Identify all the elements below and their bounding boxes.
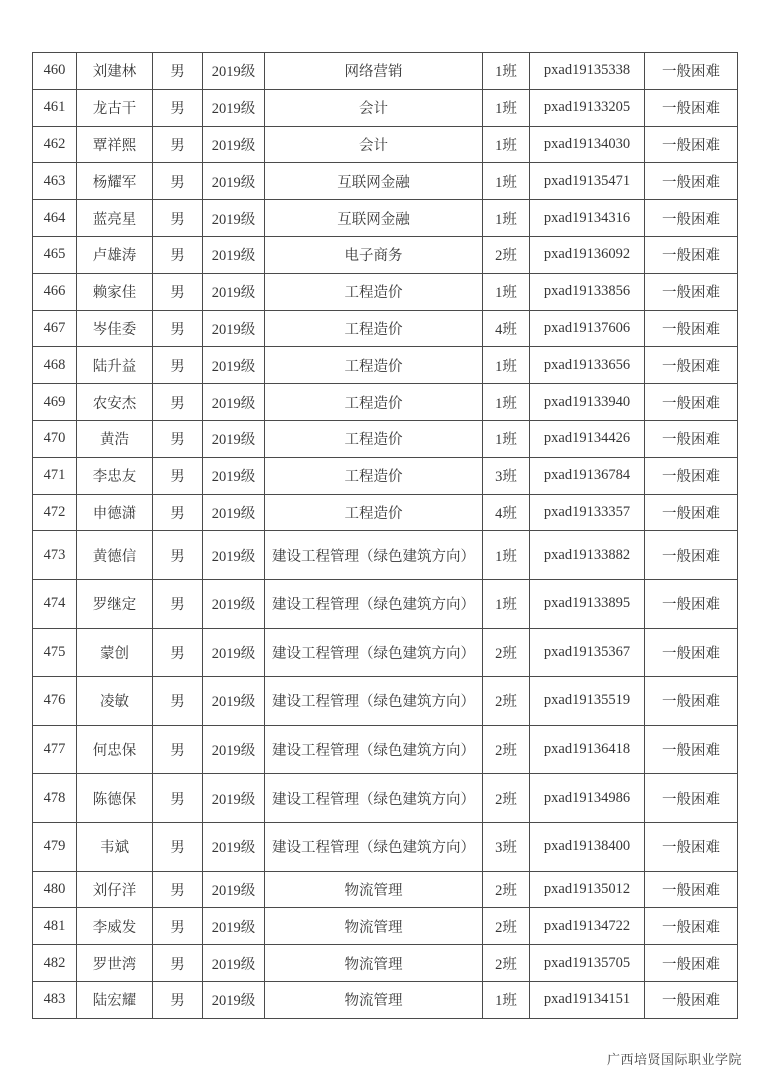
cell-difficulty-level: 一般困难 bbox=[645, 871, 738, 908]
cell-class: 1班 bbox=[483, 420, 530, 457]
cell-difficulty-level: 一般困难 bbox=[645, 200, 738, 237]
cell-student-id: pxad19133895 bbox=[530, 579, 645, 628]
cell-gender: 男 bbox=[153, 908, 203, 945]
cell-class: 2班 bbox=[483, 236, 530, 273]
cell-serial-number: 460 bbox=[33, 53, 77, 90]
cell-difficulty-level: 一般困难 bbox=[645, 774, 738, 823]
cell-major: 建设工程管理（绿色建筑方向） bbox=[265, 822, 483, 871]
table-row: 476凌敏男2019级建设工程管理（绿色建筑方向）2班pxad19135519一… bbox=[33, 677, 738, 726]
cell-name: 岑佳委 bbox=[77, 310, 153, 347]
cell-major: 物流管理 bbox=[265, 871, 483, 908]
cell-name: 蒙创 bbox=[77, 628, 153, 677]
cell-student-id: pxad19135705 bbox=[530, 945, 645, 982]
cell-gender: 男 bbox=[153, 945, 203, 982]
cell-student-id: pxad19136418 bbox=[530, 725, 645, 774]
table-row: 478陈德保男2019级建设工程管理（绿色建筑方向）2班pxad19134986… bbox=[33, 774, 738, 823]
cell-name: 覃祥熙 bbox=[77, 126, 153, 163]
cell-name: 陆宏耀 bbox=[77, 981, 153, 1018]
cell-gender: 男 bbox=[153, 384, 203, 421]
cell-student-id: pxad19133882 bbox=[530, 531, 645, 580]
cell-name: 凌敏 bbox=[77, 677, 153, 726]
table-row: 481李威发男2019级物流管理2班pxad19134722一般困难 bbox=[33, 908, 738, 945]
cell-serial-number: 471 bbox=[33, 457, 77, 494]
cell-difficulty-level: 一般困难 bbox=[645, 89, 738, 126]
table-row: 470黄浩男2019级工程造价1班pxad19134426一般困难 bbox=[33, 420, 738, 457]
cell-student-id: pxad19133856 bbox=[530, 273, 645, 310]
cell-difficulty-level: 一般困难 bbox=[645, 236, 738, 273]
table-row: 460刘建林男2019级网络营销1班pxad19135338一般困难 bbox=[33, 53, 738, 90]
cell-grade: 2019级 bbox=[203, 628, 265, 677]
cell-difficulty-level: 一般困难 bbox=[645, 677, 738, 726]
cell-class: 1班 bbox=[483, 273, 530, 310]
cell-major: 工程造价 bbox=[265, 457, 483, 494]
cell-gender: 男 bbox=[153, 53, 203, 90]
cell-student-id: pxad19135471 bbox=[530, 163, 645, 200]
cell-name: 龙古干 bbox=[77, 89, 153, 126]
cell-student-id: pxad19136092 bbox=[530, 236, 645, 273]
cell-difficulty-level: 一般困难 bbox=[645, 273, 738, 310]
cell-gender: 男 bbox=[153, 677, 203, 726]
cell-difficulty-level: 一般困难 bbox=[645, 347, 738, 384]
cell-grade: 2019级 bbox=[203, 725, 265, 774]
cell-name: 刘仔洋 bbox=[77, 871, 153, 908]
cell-serial-number: 473 bbox=[33, 531, 77, 580]
cell-class: 2班 bbox=[483, 908, 530, 945]
cell-class: 3班 bbox=[483, 457, 530, 494]
cell-class: 1班 bbox=[483, 981, 530, 1018]
table-row: 468陆升益男2019级工程造价1班pxad19133656一般困难 bbox=[33, 347, 738, 384]
cell-gender: 男 bbox=[153, 579, 203, 628]
cell-student-id: pxad19135338 bbox=[530, 53, 645, 90]
cell-major: 工程造价 bbox=[265, 273, 483, 310]
cell-student-id: pxad19137606 bbox=[530, 310, 645, 347]
cell-grade: 2019级 bbox=[203, 871, 265, 908]
cell-grade: 2019级 bbox=[203, 531, 265, 580]
cell-student-id: pxad19133357 bbox=[530, 494, 645, 531]
cell-difficulty-level: 一般困难 bbox=[645, 579, 738, 628]
cell-name: 韦斌 bbox=[77, 822, 153, 871]
cell-difficulty-level: 一般困难 bbox=[645, 53, 738, 90]
cell-student-id: pxad19133656 bbox=[530, 347, 645, 384]
page-footer-school-name: 广西培贤国际职业学院 bbox=[607, 1049, 742, 1068]
cell-serial-number: 480 bbox=[33, 871, 77, 908]
cell-name: 申德潇 bbox=[77, 494, 153, 531]
cell-grade: 2019级 bbox=[203, 163, 265, 200]
cell-difficulty-level: 一般困难 bbox=[645, 163, 738, 200]
cell-difficulty-level: 一般困难 bbox=[645, 420, 738, 457]
cell-class: 4班 bbox=[483, 310, 530, 347]
cell-student-id: pxad19134722 bbox=[530, 908, 645, 945]
cell-class: 1班 bbox=[483, 347, 530, 384]
cell-gender: 男 bbox=[153, 725, 203, 774]
cell-difficulty-level: 一般困难 bbox=[645, 384, 738, 421]
cell-name: 赖家佳 bbox=[77, 273, 153, 310]
cell-difficulty-level: 一般困难 bbox=[645, 628, 738, 677]
cell-grade: 2019级 bbox=[203, 677, 265, 726]
cell-grade: 2019级 bbox=[203, 945, 265, 982]
table-row: 463杨耀军男2019级互联网金融1班pxad19135471一般困难 bbox=[33, 163, 738, 200]
cell-difficulty-level: 一般困难 bbox=[645, 494, 738, 531]
table-row: 472申德潇男2019级工程造价4班pxad19133357一般困难 bbox=[33, 494, 738, 531]
cell-major: 建设工程管理（绿色建筑方向） bbox=[265, 725, 483, 774]
cell-class: 1班 bbox=[483, 200, 530, 237]
cell-major: 建设工程管理（绿色建筑方向） bbox=[265, 628, 483, 677]
cell-student-id: pxad19135367 bbox=[530, 628, 645, 677]
document-page: 460刘建林男2019级网络营销1班pxad19135338一般困难461龙古干… bbox=[0, 0, 764, 1080]
cell-student-id: pxad19134426 bbox=[530, 420, 645, 457]
cell-class: 1班 bbox=[483, 531, 530, 580]
cell-major: 物流管理 bbox=[265, 945, 483, 982]
cell-major: 互联网金融 bbox=[265, 200, 483, 237]
table-row: 477何忠保男2019级建设工程管理（绿色建筑方向）2班pxad19136418… bbox=[33, 725, 738, 774]
cell-gender: 男 bbox=[153, 126, 203, 163]
cell-major: 互联网金融 bbox=[265, 163, 483, 200]
table-row: 479韦斌男2019级建设工程管理（绿色建筑方向）3班pxad19138400一… bbox=[33, 822, 738, 871]
cell-grade: 2019级 bbox=[203, 822, 265, 871]
cell-class: 2班 bbox=[483, 628, 530, 677]
cell-grade: 2019级 bbox=[203, 420, 265, 457]
cell-serial-number: 477 bbox=[33, 725, 77, 774]
cell-grade: 2019级 bbox=[203, 494, 265, 531]
cell-gender: 男 bbox=[153, 89, 203, 126]
cell-difficulty-level: 一般困难 bbox=[645, 945, 738, 982]
cell-name: 李威发 bbox=[77, 908, 153, 945]
cell-major: 会计 bbox=[265, 126, 483, 163]
cell-name: 卢雄涛 bbox=[77, 236, 153, 273]
cell-gender: 男 bbox=[153, 981, 203, 1018]
cell-class: 1班 bbox=[483, 384, 530, 421]
cell-name: 黄浩 bbox=[77, 420, 153, 457]
cell-grade: 2019级 bbox=[203, 53, 265, 90]
cell-gender: 男 bbox=[153, 273, 203, 310]
cell-class: 2班 bbox=[483, 945, 530, 982]
cell-serial-number: 472 bbox=[33, 494, 77, 531]
cell-major: 物流管理 bbox=[265, 981, 483, 1018]
cell-class: 3班 bbox=[483, 822, 530, 871]
cell-class: 2班 bbox=[483, 725, 530, 774]
cell-serial-number: 481 bbox=[33, 908, 77, 945]
table-row: 461龙古干男2019级会计1班pxad19133205一般困难 bbox=[33, 89, 738, 126]
cell-difficulty-level: 一般困难 bbox=[645, 981, 738, 1018]
cell-major: 工程造价 bbox=[265, 494, 483, 531]
cell-serial-number: 470 bbox=[33, 420, 77, 457]
cell-grade: 2019级 bbox=[203, 310, 265, 347]
cell-student-id: pxad19138400 bbox=[530, 822, 645, 871]
cell-name: 李忠友 bbox=[77, 457, 153, 494]
cell-gender: 男 bbox=[153, 457, 203, 494]
student-table: 460刘建林男2019级网络营销1班pxad19135338一般困难461龙古干… bbox=[32, 52, 738, 1019]
cell-student-id: pxad19134151 bbox=[530, 981, 645, 1018]
cell-difficulty-level: 一般困难 bbox=[645, 310, 738, 347]
cell-grade: 2019级 bbox=[203, 384, 265, 421]
cell-class: 2班 bbox=[483, 677, 530, 726]
table-row: 464蓝亮星男2019级互联网金融1班pxad19134316一般困难 bbox=[33, 200, 738, 237]
table-row: 473黄德信男2019级建设工程管理（绿色建筑方向）1班pxad19133882… bbox=[33, 531, 738, 580]
cell-serial-number: 469 bbox=[33, 384, 77, 421]
table-row: 469农安杰男2019级工程造价1班pxad19133940一般困难 bbox=[33, 384, 738, 421]
cell-serial-number: 462 bbox=[33, 126, 77, 163]
cell-difficulty-level: 一般困难 bbox=[645, 457, 738, 494]
cell-serial-number: 464 bbox=[33, 200, 77, 237]
cell-serial-number: 461 bbox=[33, 89, 77, 126]
cell-difficulty-level: 一般困难 bbox=[645, 908, 738, 945]
cell-name: 罗世湾 bbox=[77, 945, 153, 982]
cell-major: 会计 bbox=[265, 89, 483, 126]
table-row: 482罗世湾男2019级物流管理2班pxad19135705一般困难 bbox=[33, 945, 738, 982]
cell-name: 农安杰 bbox=[77, 384, 153, 421]
table-row: 480刘仔洋男2019级物流管理2班pxad19135012一般困难 bbox=[33, 871, 738, 908]
cell-serial-number: 475 bbox=[33, 628, 77, 677]
cell-grade: 2019级 bbox=[203, 981, 265, 1018]
cell-grade: 2019级 bbox=[203, 774, 265, 823]
table-row: 466赖家佳男2019级工程造价1班pxad19133856一般困难 bbox=[33, 273, 738, 310]
cell-name: 陈德保 bbox=[77, 774, 153, 823]
cell-serial-number: 465 bbox=[33, 236, 77, 273]
cell-student-id: pxad19134030 bbox=[530, 126, 645, 163]
cell-name: 陆升益 bbox=[77, 347, 153, 384]
cell-class: 4班 bbox=[483, 494, 530, 531]
cell-student-id: pxad19133205 bbox=[530, 89, 645, 126]
cell-gender: 男 bbox=[153, 163, 203, 200]
cell-grade: 2019级 bbox=[203, 236, 265, 273]
table-row: 467岑佳委男2019级工程造价4班pxad19137606一般困难 bbox=[33, 310, 738, 347]
cell-difficulty-level: 一般困难 bbox=[645, 822, 738, 871]
cell-gender: 男 bbox=[153, 871, 203, 908]
cell-gender: 男 bbox=[153, 200, 203, 237]
cell-difficulty-level: 一般困难 bbox=[645, 725, 738, 774]
cell-gender: 男 bbox=[153, 236, 203, 273]
cell-name: 蓝亮星 bbox=[77, 200, 153, 237]
cell-major: 建设工程管理（绿色建筑方向） bbox=[265, 579, 483, 628]
cell-gender: 男 bbox=[153, 531, 203, 580]
cell-name: 黄德信 bbox=[77, 531, 153, 580]
cell-name: 杨耀军 bbox=[77, 163, 153, 200]
cell-serial-number: 467 bbox=[33, 310, 77, 347]
cell-gender: 男 bbox=[153, 822, 203, 871]
cell-student-id: pxad19133940 bbox=[530, 384, 645, 421]
cell-grade: 2019级 bbox=[203, 579, 265, 628]
cell-major: 工程造价 bbox=[265, 310, 483, 347]
cell-gender: 男 bbox=[153, 628, 203, 677]
cell-class: 1班 bbox=[483, 89, 530, 126]
cell-serial-number: 468 bbox=[33, 347, 77, 384]
cell-difficulty-level: 一般困难 bbox=[645, 531, 738, 580]
cell-serial-number: 474 bbox=[33, 579, 77, 628]
cell-serial-number: 463 bbox=[33, 163, 77, 200]
cell-serial-number: 476 bbox=[33, 677, 77, 726]
cell-class: 1班 bbox=[483, 126, 530, 163]
cell-student-id: pxad19136784 bbox=[530, 457, 645, 494]
cell-class: 1班 bbox=[483, 53, 530, 90]
cell-serial-number: 466 bbox=[33, 273, 77, 310]
cell-grade: 2019级 bbox=[203, 908, 265, 945]
cell-class: 2班 bbox=[483, 871, 530, 908]
cell-major: 电子商务 bbox=[265, 236, 483, 273]
cell-grade: 2019级 bbox=[203, 273, 265, 310]
cell-serial-number: 483 bbox=[33, 981, 77, 1018]
cell-name: 刘建林 bbox=[77, 53, 153, 90]
cell-serial-number: 482 bbox=[33, 945, 77, 982]
table-row: 474罗继定男2019级建设工程管理（绿色建筑方向）1班pxad19133895… bbox=[33, 579, 738, 628]
cell-class: 1班 bbox=[483, 579, 530, 628]
student-table-body: 460刘建林男2019级网络营销1班pxad19135338一般困难461龙古干… bbox=[33, 53, 738, 1019]
cell-major: 工程造价 bbox=[265, 347, 483, 384]
table-row: 462覃祥熙男2019级会计1班pxad19134030一般困难 bbox=[33, 126, 738, 163]
cell-serial-number: 479 bbox=[33, 822, 77, 871]
table-row: 471李忠友男2019级工程造价3班pxad19136784一般困难 bbox=[33, 457, 738, 494]
cell-serial-number: 478 bbox=[33, 774, 77, 823]
cell-grade: 2019级 bbox=[203, 89, 265, 126]
cell-student-id: pxad19135012 bbox=[530, 871, 645, 908]
cell-major: 建设工程管理（绿色建筑方向） bbox=[265, 774, 483, 823]
cell-grade: 2019级 bbox=[203, 126, 265, 163]
cell-major: 工程造价 bbox=[265, 384, 483, 421]
cell-gender: 男 bbox=[153, 774, 203, 823]
cell-student-id: pxad19134316 bbox=[530, 200, 645, 237]
cell-grade: 2019级 bbox=[203, 200, 265, 237]
cell-student-id: pxad19134986 bbox=[530, 774, 645, 823]
cell-major: 工程造价 bbox=[265, 420, 483, 457]
cell-grade: 2019级 bbox=[203, 457, 265, 494]
cell-name: 何忠保 bbox=[77, 725, 153, 774]
cell-difficulty-level: 一般困难 bbox=[645, 126, 738, 163]
cell-major: 建设工程管理（绿色建筑方向） bbox=[265, 531, 483, 580]
cell-major: 建设工程管理（绿色建筑方向） bbox=[265, 677, 483, 726]
cell-student-id: pxad19135519 bbox=[530, 677, 645, 726]
cell-class: 2班 bbox=[483, 774, 530, 823]
cell-grade: 2019级 bbox=[203, 347, 265, 384]
table-row: 465卢雄涛男2019级电子商务2班pxad19136092一般困难 bbox=[33, 236, 738, 273]
cell-gender: 男 bbox=[153, 310, 203, 347]
cell-name: 罗继定 bbox=[77, 579, 153, 628]
table-row: 483陆宏耀男2019级物流管理1班pxad19134151一般困难 bbox=[33, 981, 738, 1018]
cell-major: 物流管理 bbox=[265, 908, 483, 945]
table-row: 475蒙创男2019级建设工程管理（绿色建筑方向）2班pxad19135367一… bbox=[33, 628, 738, 677]
cell-gender: 男 bbox=[153, 347, 203, 384]
cell-gender: 男 bbox=[153, 494, 203, 531]
cell-class: 1班 bbox=[483, 163, 530, 200]
cell-gender: 男 bbox=[153, 420, 203, 457]
cell-major: 网络营销 bbox=[265, 53, 483, 90]
